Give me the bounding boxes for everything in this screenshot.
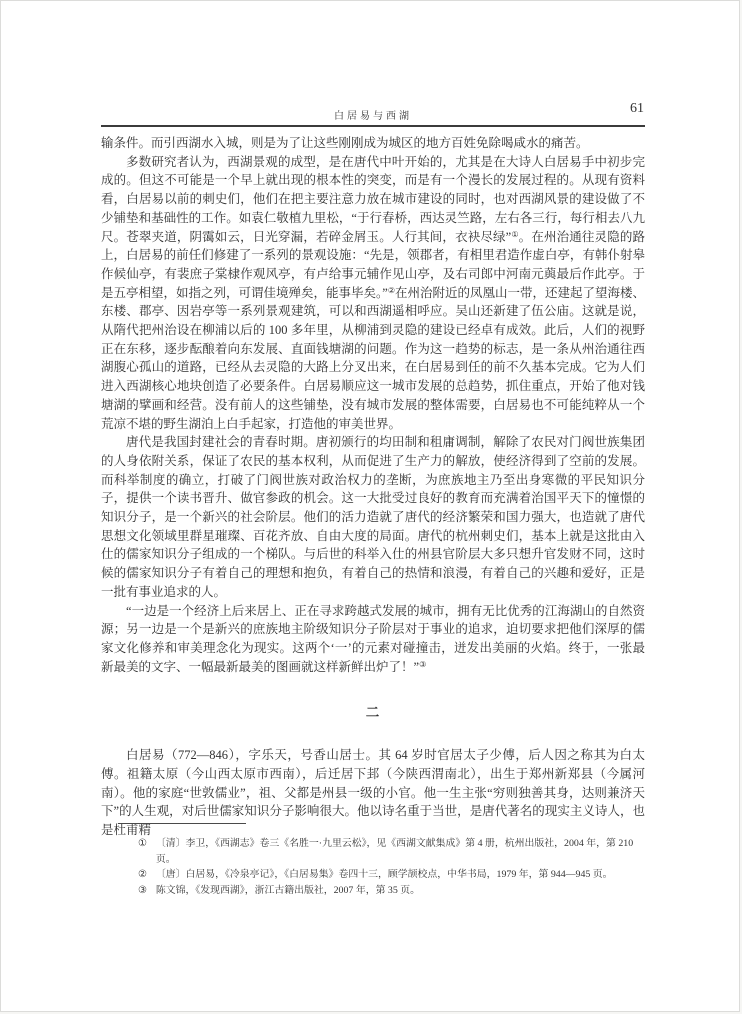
footnote-marker: ①	[138, 836, 147, 867]
book-page: 白居易与西湖 61 输条件。而引西湖水入城，则是为了让这些刚刚成为城区的地方百姓…	[0, 0, 740, 1012]
footnotes-section: ①〔清〕李卫，《西湖志》卷三《名胜一·九里云松》，见《西湖文献集成》第 4 册，…	[101, 823, 645, 898]
footnote-marker: ②	[138, 867, 147, 883]
footnote-item: ①〔清〕李卫，《西湖志》卷三《名胜一·九里云松》，见《西湖文献集成》第 4 册，…	[101, 836, 645, 867]
text-run: 唐代是我国封建社会的青春时期。唐初颁行的均田制和租庸调制，解除了农民对门阀世族集…	[101, 435, 645, 599]
text-run: 输条件。而引西湖水入城，则是为了让这些刚刚成为城区的地方百姓免除喝咸水的痛苦。	[101, 136, 589, 150]
running-head-title: 白居易与西湖	[101, 107, 645, 122]
footnote-list: ①〔清〕李卫，《西湖志》卷三《名胜一·九里云松》，见《西湖文献集成》第 4 册，…	[101, 836, 645, 898]
footnote-ref: ①	[511, 230, 518, 239]
body-text: 输条件。而引西湖水入城，则是为了让这些刚刚成为城区的地方百姓免除喝咸水的痛苦。多…	[101, 134, 645, 840]
footnote-text: 陈文锦，《发现西湖》，浙江古籍出版社，2007 年，第 35 页。	[156, 883, 645, 899]
paragraph: 唐代是我国封建社会的青春时期。唐初颁行的均田制和租庸调制，解除了农民对门阀世族集…	[101, 433, 645, 601]
text-run: “一边是一个经济上后来居上、正在寻求跨越式发展的城市，拥有无比优秀的江海湖山的自…	[101, 604, 645, 674]
footnote-text: 〔唐〕白居易，《冷泉亭记》，《白居易集》卷四十三，顾学颉校点，中华书局，1979…	[156, 867, 645, 883]
running-head: 白居易与西湖 61	[101, 101, 645, 127]
page-number: 61	[630, 101, 644, 117]
footnote-ref: ②	[388, 286, 395, 295]
footnote-marker: ③	[138, 883, 147, 899]
paragraph: 多数研究者认为，西湖景观的成型，是在唐代中叶开始的，尤其是在大诗人白居易手中初步…	[101, 153, 645, 434]
footnote-text: 〔清〕李卫，《西湖志》卷三《名胜一·九里云松》，见《西湖文献集成》第 4 册，杭…	[156, 836, 645, 867]
paragraph: “一边是一个经济上后来居上、正在寻求跨越式发展的城市，拥有无比优秀的江海湖山的自…	[101, 602, 645, 677]
footnote-ref: ③	[419, 660, 426, 669]
section-heading: 二	[101, 704, 645, 723]
footnote-separator	[118, 823, 246, 824]
footnote-item: ②〔唐〕白居易，《冷泉亭记》，《白居易集》卷四十三，顾学颉校点，中华书局，197…	[101, 867, 645, 883]
footnote-item: ③陈文锦，《发现西湖》，浙江古籍出版社，2007 年，第 35 页。	[101, 883, 645, 899]
paragraph: 输条件。而引西湖水入城，则是为了让这些刚刚成为城区的地方百姓免除喝咸水的痛苦。	[101, 134, 645, 153]
text-run: 在州治附近的凤凰山一带，还建起了望海楼、东楼、郡亭、因岩亭等一系列景观建筑，可以…	[101, 286, 645, 431]
